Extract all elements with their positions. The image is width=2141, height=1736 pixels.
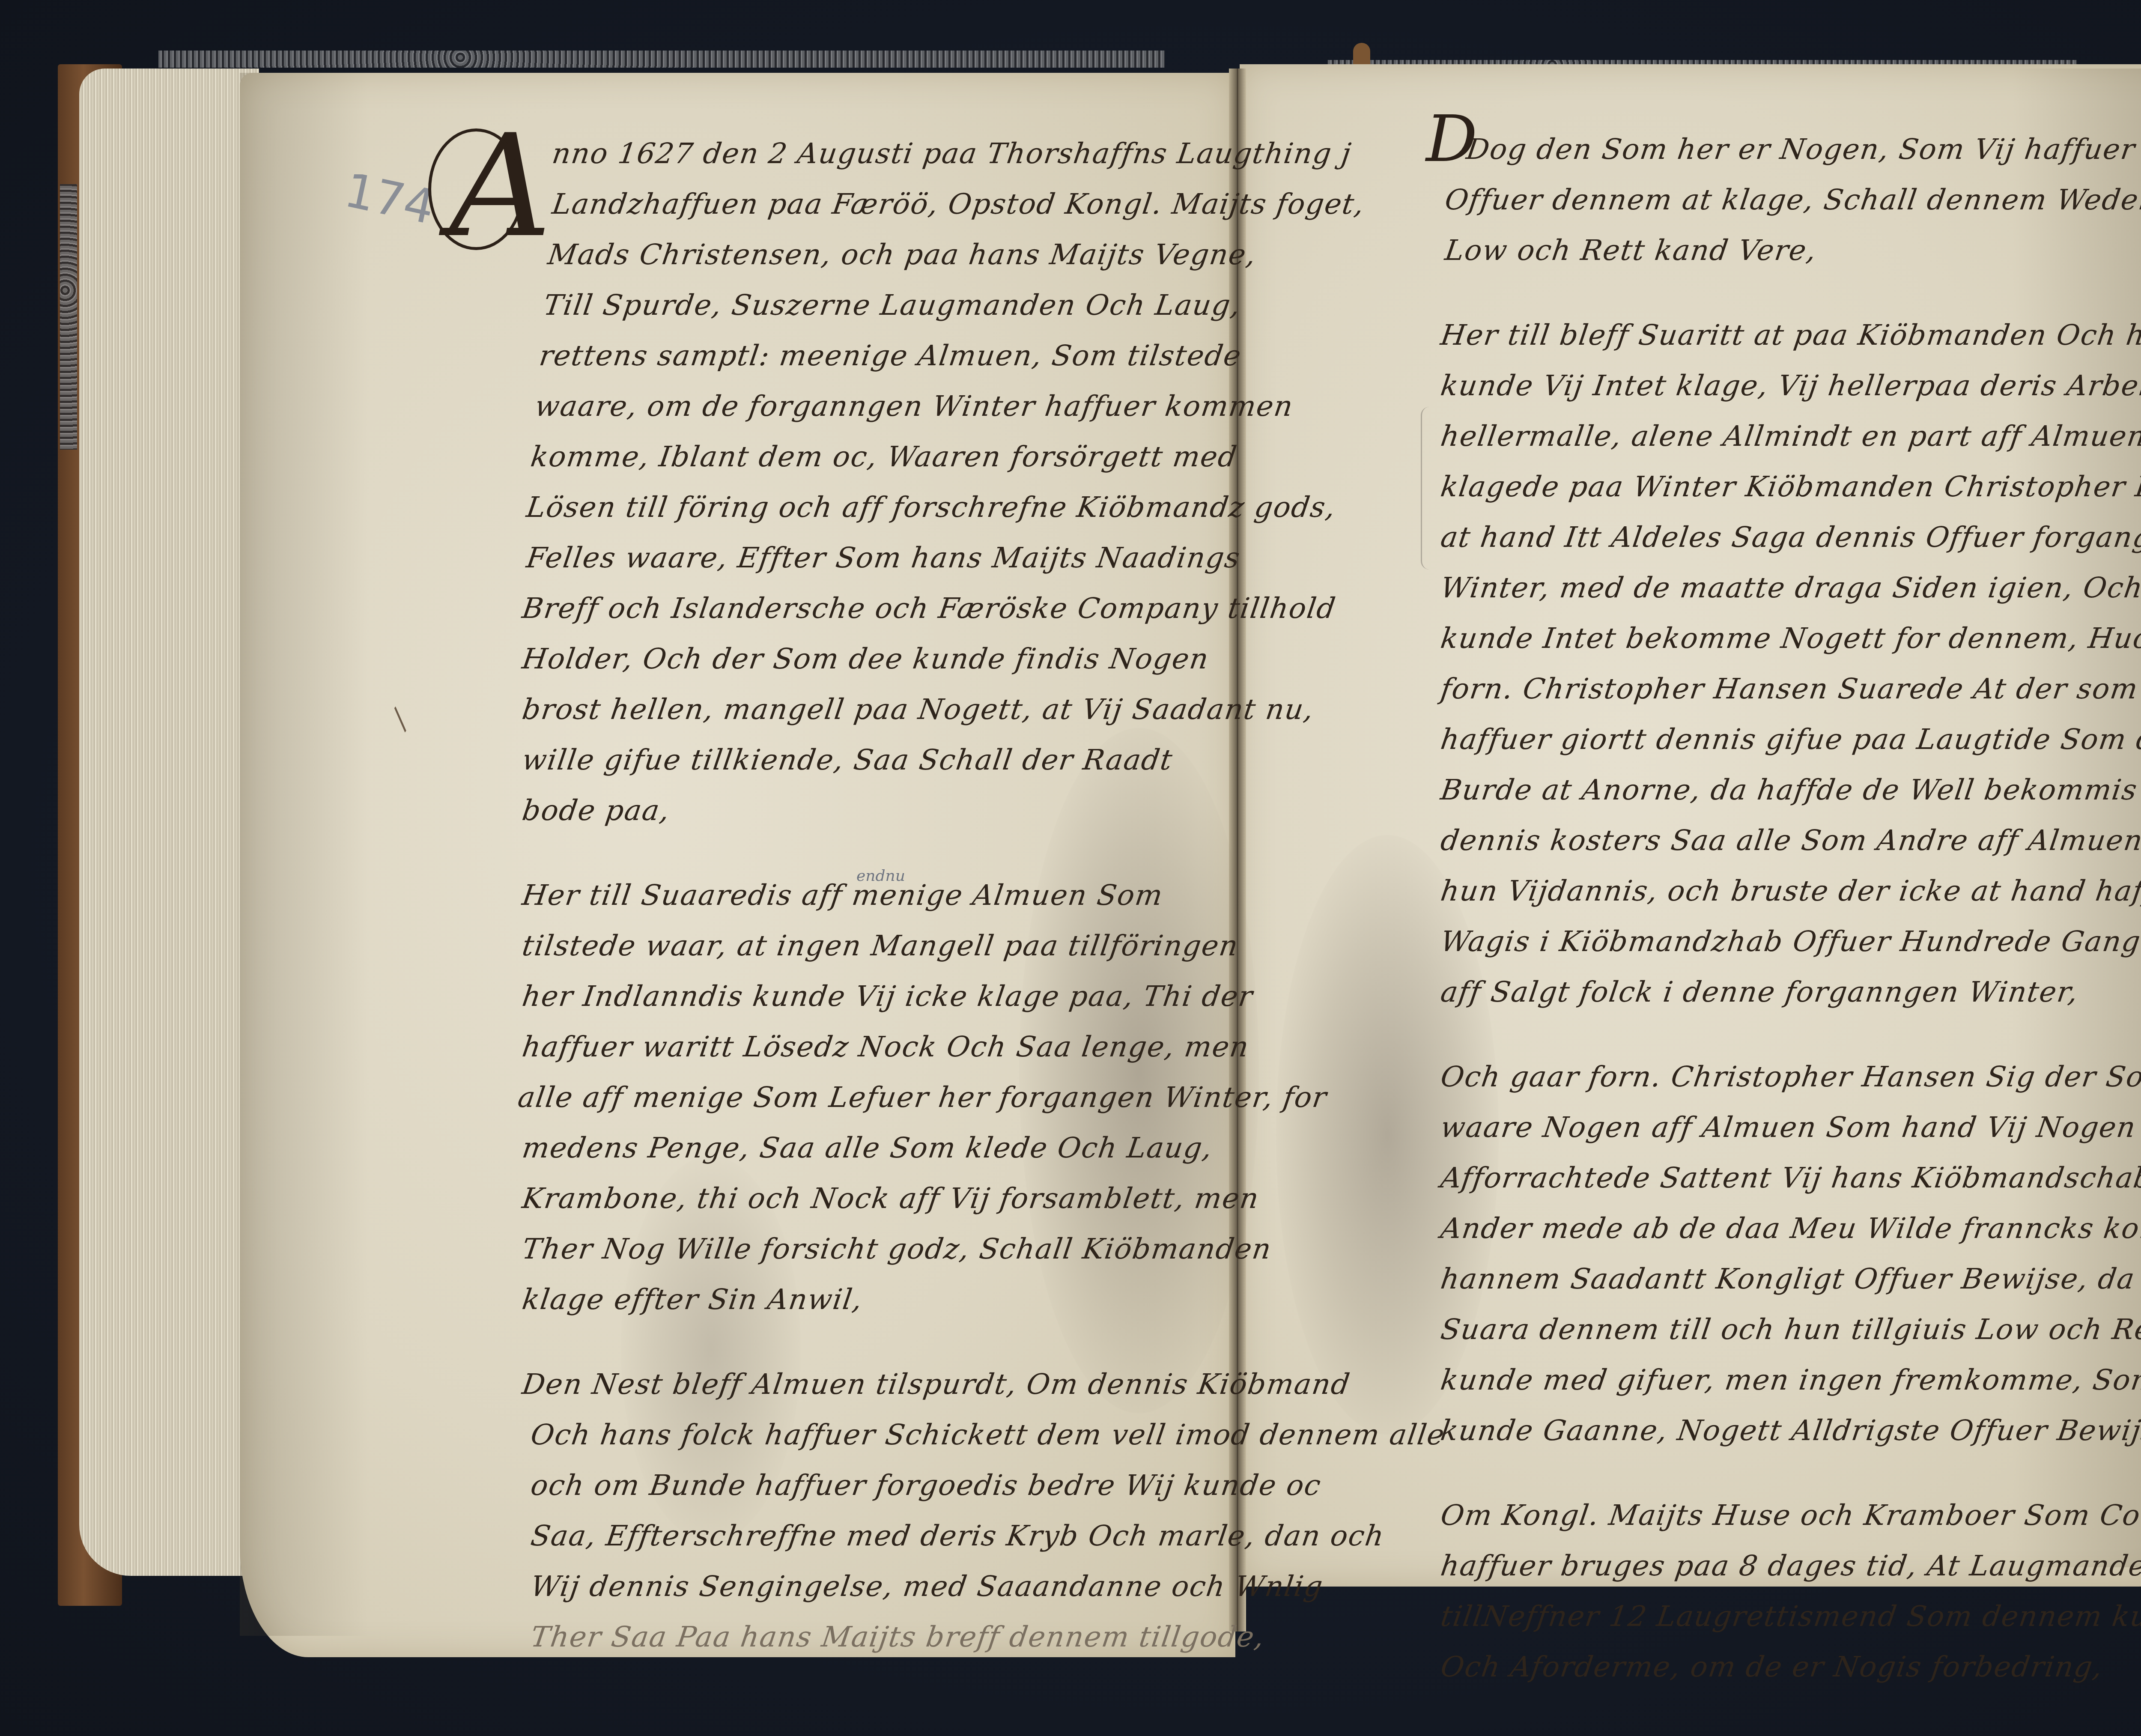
text-line: Och Aforderme, om de er Nogis forbedring…	[1433, 1642, 2141, 1692]
text-line: Wagis i Kiöbmandzhab Offuer Hundrede Gan…	[1433, 916, 2141, 967]
text-line: Saa, Effterschreffne med deris Kryb Och …	[502, 1511, 1229, 1561]
text-line: aff Salgt folck i denne forganngen Winte…	[1433, 967, 2141, 1017]
page-edges-left	[79, 69, 259, 1576]
marbled-endpaper-side-left	[60, 184, 77, 450]
text-line: nno 1627 den 2 Augusti paa Thorshaffns L…	[502, 128, 1229, 179]
text-line: Till Spurde, Suszerne Laugmanden Och Lau…	[502, 280, 1229, 331]
text-line: rettens samptl: meenige Almuen, Som tils…	[502, 331, 1229, 381]
text-line: haffuer waritt Lösedz Nock Och Saa lenge…	[502, 1022, 1229, 1072]
text-line: Landzhaffuen paa Færöö, Opstod Kongl. Ma…	[502, 179, 1229, 230]
paragraph: Dog den Som her er Nogen, Som Vij haffue…	[1437, 124, 2141, 276]
text-line: och om Bunde haffuer forgoedis bedre Wij…	[502, 1460, 1229, 1511]
text-line: Och gaar forn. Christopher Hansen Sig de…	[1433, 1052, 2141, 1102]
text-line: Mads Christensen, och paa hans Maijts Ve…	[502, 230, 1229, 280]
text-line: kunde Gaanne, Nogett Alldrigste Offuer B…	[1433, 1405, 2141, 1456]
text-line: Den Nest bleff Almuen tilspurdt, Om denn…	[502, 1359, 1229, 1410]
text-line: Breff och Islandersche och Færöske Compa…	[502, 583, 1229, 634]
text-line: kunde med gifuer, men ingen fremkomme, S…	[1433, 1355, 2141, 1405]
text-line: Lösen till föring och aff forschrefne Ki…	[502, 482, 1229, 533]
text-line: waare Nogen aff Almuen Som hand Vij Noge…	[1433, 1102, 2141, 1153]
text-line: Low och Rett kand Vere,	[1433, 225, 2141, 276]
paragraph: nno 1627 den 2 Augusti paa Thorshaffns L…	[505, 128, 1225, 836]
text-line: haffuer bruges paa 8 dages tid, At Laugm…	[1433, 1541, 2141, 1591]
text-line: kunde Vij Intet klage, Vij hellerpaa der…	[1433, 361, 2141, 411]
paragraph: Och gaar forn. Christopher Hansen Sig de…	[1437, 1052, 2141, 1456]
text-line: Ther Saa Paa hans Maijts breff dennem ti…	[502, 1612, 1229, 1662]
text-line: Afforrachtede Sattent Vij hans Kiöbmands…	[1433, 1153, 2141, 1203]
text-line: Suara dennem till och hun tillgiuis Low …	[1433, 1304, 2141, 1355]
text-line: bode paa,	[502, 785, 1229, 836]
text-line: Dog den Som her er Nogen, Som Vij haffue…	[1433, 124, 2141, 175]
text-line: her Indlanndis kunde Vij icke klage paa,…	[502, 971, 1229, 1022]
text-line: tilstede waar, at ingen Mangell paa till…	[502, 921, 1229, 971]
paragraph: Den Nest bleff Almuen tilspurdt, Om denn…	[505, 1359, 1225, 1662]
text-line: Wij dennis Sengingelse, med Saaandanne o…	[502, 1561, 1229, 1612]
text-line: hellermalle, alene Allmindt en part aff …	[1433, 411, 2141, 462]
text-line: Burde at Anorne, da haffde de Well bekom…	[1433, 765, 2141, 815]
text-line: brost hellen, mangell paa Nogett, at Vij…	[502, 684, 1229, 735]
text-line: medens Penge, Saa alle Som klede Och Lau…	[502, 1123, 1229, 1173]
text-line: tillNeffner 12 Laugrettismend Som dennem…	[1433, 1591, 2141, 1642]
text-line: dennis kosters Saa alle Som Andre aff Al…	[1433, 815, 2141, 866]
text-line: Och hans folck haffuer Schickett dem vel…	[502, 1410, 1229, 1460]
text-line: Ther Nog Wille forsicht godz, Schall Kiö…	[502, 1224, 1229, 1274]
text-line: Om Kongl. Maijts Huse och Kramboer Som C…	[1433, 1490, 2141, 1541]
text-line: Her till bleff Suaritt at paa Kiöbmanden…	[1433, 310, 2141, 361]
paragraph: Her till bleff Suaritt at paa Kiöbmanden…	[1437, 310, 2141, 1017]
left-page-text: nno 1627 den 2 Augusti paa Thorshaffns L…	[505, 128, 1225, 1662]
text-line: wille gifue tillkiende, Saa Schall der R…	[502, 735, 1229, 785]
text-line: klagede paa Winter Kiöbmanden Christophe…	[1433, 462, 2141, 512]
text-line: Felles waare, Effter Som hans Maijts Naa…	[502, 533, 1229, 583]
text-line: kunde Intet bekomme Nogett for dennem, H…	[1433, 613, 2141, 664]
marginal-insert: endnu	[856, 867, 905, 885]
text-line: haffuer giortt dennis gifue paa Laugtide…	[1433, 714, 2141, 765]
text-line: waare, om de forganngen Winter haffuer k…	[502, 381, 1229, 432]
text-line: klage effter Sin Anwil,	[502, 1274, 1229, 1325]
paragraph: Her till Suaaredis aff menige Almuen Som…	[505, 870, 1225, 1325]
text-line: Winter, med de maatte draga Siden igien,…	[1433, 563, 2141, 613]
text-line: at hand Itt Aldeles Saga dennis Offuer f…	[1433, 512, 2141, 563]
text-line: Ander mede ab de daa Meu Wilde franncks …	[1433, 1203, 2141, 1254]
text-line: Holder, Och der Som dee kunde findis Nog…	[502, 634, 1229, 684]
text-line: komme, Iblant dem oc, Waaren forsörgett …	[502, 432, 1229, 482]
right-page-text: Dog den Som her er Nogen, Som Vij haffue…	[1437, 124, 2141, 1692]
text-line: Offuer dennem at klage, Schall dennem We…	[1433, 175, 2141, 225]
text-line: alle aff menige Som Lefuer her forgangen…	[502, 1072, 1229, 1123]
text-line: hun Vijdannis, och bruste der icke at ha…	[1433, 866, 2141, 916]
left-page-edge-shading	[240, 73, 368, 1636]
text-line: Krambone, thi och Nock aff Vij forsamble…	[502, 1173, 1229, 1224]
marbled-endpaper-top-left	[158, 51, 1165, 68]
paragraph: Om Kongl. Maijts Huse och Kramboer Som C…	[1437, 1490, 2141, 1692]
text-line: forn. Christopher Hansen Suarede At der …	[1433, 664, 2141, 714]
text-line: hannem Saadantt Kongligt Offuer Bewijse,…	[1433, 1254, 2141, 1304]
